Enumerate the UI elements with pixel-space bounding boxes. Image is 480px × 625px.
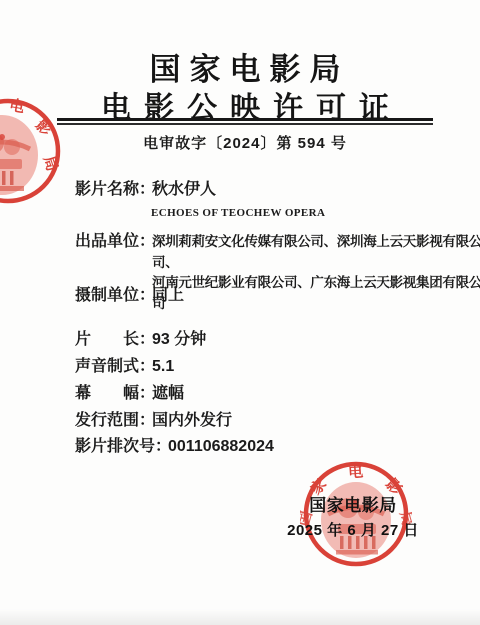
permit-number: 电审故字〔2024〕第 594 号 [57,132,433,153]
seal-ring-char: 局 [40,154,61,174]
field-value: 国内外发行 [152,411,232,430]
field-value: 001106882024 [168,437,274,456]
field-value: 93 分钟 [152,330,206,349]
national-emblem [0,115,38,195]
label-colon: ： [139,286,152,305]
film-permit-document: 电 影 局 国家电影局 电影公映许可证 电审故字〔2024〕第 594 号 影片… [0,0,480,625]
field-label: 片长 [75,330,139,349]
rule-thin-line [57,123,433,125]
seal-issuer-text: 国家电影局 [291,491,415,516]
field-label: 幕幅 [75,384,139,403]
film-title-english: ECHOES OF TEOCHEW OPERA [151,207,325,219]
field-label: 发行范围 [75,411,139,430]
field-value: 5.1 [152,357,174,376]
field-row-production-unit: 摄制单位： 同上 [75,286,184,305]
field-label: 影片名称 [75,180,139,199]
seal-ring-char: 电 [348,463,364,482]
field-value: 同上 [152,286,184,305]
field-label: 摄制单位 [75,286,139,305]
field-row-distribution: 发行范围： 国内外发行 [75,411,232,430]
label-colon: ： [139,384,152,403]
field-row-aspect: 幕幅： 遮幅 [75,384,184,403]
field-value: 秋水伊人 [152,180,216,199]
field-row-film-title: 影片名称： 秋水伊人 [75,180,216,199]
field-label: 声音制式 [75,357,139,376]
label-colon: ： [139,232,152,251]
field-label: 出品单位 [75,232,139,251]
label-colon: ： [139,180,152,199]
producers-line-2: 河南元世纪影业有限公司、广东海上云天影视集团有限公司 [152,273,480,314]
double-rule [57,118,433,125]
seal-issue-date: 2025 年 6 月 27 日 [281,519,425,540]
field-value: 遮幅 [152,384,184,403]
label-colon: ： [139,330,152,349]
rule-thick-line [57,118,433,121]
producers-line-1: 深圳莉莉安文化传媒有限公司、深圳海上云天影视有限公司、 [152,232,480,273]
label-colon: ： [139,357,152,376]
label-colon: ： [155,437,168,456]
label-colon: ： [139,411,152,430]
field-row-serial-number: 影片排次号： 001106882024 [75,437,274,456]
field-row-runtime: 片长： 93 分钟 [75,330,206,349]
field-value: 深圳莉莉安文化传媒有限公司、深圳海上云天影视有限公司、 河南元世纪影业有限公司、… [152,232,480,314]
field-row-sound-format: 声音制式： 5.1 [75,357,174,376]
field-label: 影片排次号 [75,437,155,456]
